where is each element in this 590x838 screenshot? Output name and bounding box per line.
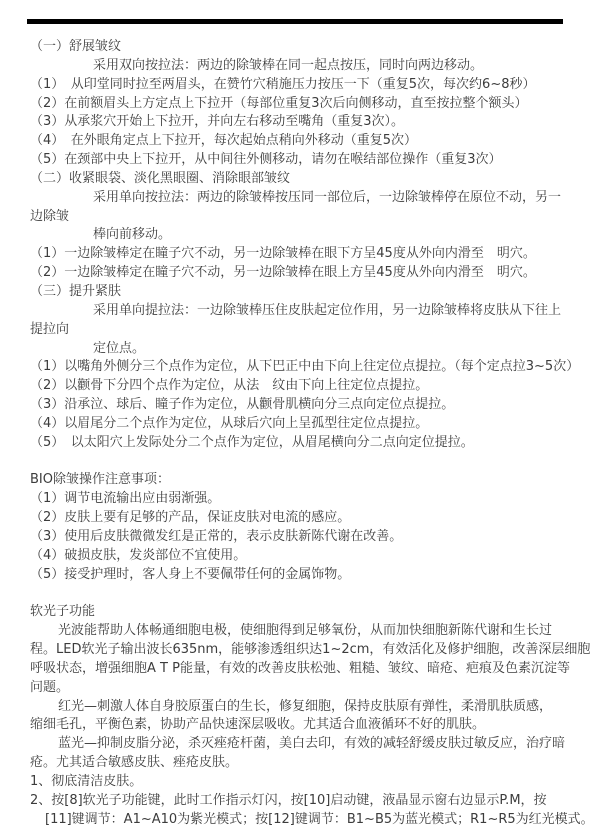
text-line: （5）接受护理时，客人身上不要佩带任何的金属饰物。 — [30, 566, 580, 585]
text-line: （2）一边除皱棒定在瞳子穴不动，另一边除皱棒在眼上方呈45度从外向内滑至 明穴。 — [30, 264, 580, 283]
top-divider-rule — [27, 19, 563, 24]
text-line: 缩细毛孔，平衡色素，协助产品快速深层吸收。尤其适合血液循环不好的肌肤。 — [30, 716, 580, 735]
text-line: （一）舒展皱纹 — [30, 38, 580, 57]
text-line: （5）在颈部中央上下拉开，从中间往外侧移动，请勿在喉结部位操作（重复3次） — [30, 151, 580, 170]
text-line: 疮。尤其适合敏感皮肤、痤疮皮肤。 — [30, 754, 580, 773]
text-line: （5） 以太阳穴上发际处分二个点作为定位，从眉尾横向分二点向定位提拉。 — [30, 434, 580, 453]
text-line: 蓝光—抑制皮脂分泌，杀灭痤疮杆菌，美白去印，有效的减轻舒缓皮肤过敏反应，治疗暗 — [30, 735, 580, 754]
text-line: 光波能帮助人体畅通细胞电极，使细胞得到足够氧份，从而加快细胞新陈代谢和生长过 — [30, 622, 580, 641]
text-line: 程。LED软光子输出波长635nm，能够渗透组织达1~2cm，有效活化及修护细胞… — [30, 641, 580, 660]
text-line — [30, 453, 580, 472]
text-line: （2）以颧骨下分四个点作为定位，从法 纹由下向上往定位点提拉。 — [30, 377, 580, 396]
text-line: （4）破损皮肤，发炎部位不宜使用。 — [30, 547, 580, 566]
text-line: 1、彻底清洁皮肤。 — [30, 773, 580, 792]
text-line: （三）提升紧肤 — [30, 283, 580, 302]
text-line: （4）以眉尾分二个点作为定位，从球后穴向上呈孤型往定位点提拉。 — [30, 415, 580, 434]
text-line: （1）调节电流输出应由弱渐强。 — [30, 490, 580, 509]
text-line: 软光子功能 — [30, 603, 580, 622]
document-text-block: （一）舒展皱纹采用双向按拉法：两边的除皱棒在同一起点按压，同时向两边移动。（1）… — [30, 38, 580, 829]
text-line: [11]键调节：A1~A10为紫光模式；按[12]键调节：B1~B5为蓝光模式；… — [30, 811, 580, 830]
text-line: （二）收紧眼袋、淡化黑眼圈、消除眼部皱纹 — [30, 170, 580, 189]
text-line: （1）一边除皱棒定在瞳子穴不动，另一边除皱棒在眼下方呈45度从外向内滑至 明穴。 — [30, 245, 580, 264]
text-line: 问题。 — [30, 679, 580, 698]
text-line: 棒向前移动。 — [30, 226, 580, 245]
text-line: （1） 从印堂同时拉至两眉头，在赞竹穴稍施压力按压一下（重复5次，每次约6~8秒… — [30, 76, 580, 95]
text-line — [30, 584, 580, 603]
text-line: 提拉向 — [30, 321, 580, 340]
text-line: （3）使用后皮肤微微发红是正常的，表示皮肤新陈代谢在改善。 — [30, 528, 580, 547]
text-line: BIO除皱操作注意事项： — [30, 471, 580, 490]
text-line: 呼吸状态，增强细胞A T P能量，有效的改善皮肤松弛、粗糙、皱纹、暗疮、疤痕及色… — [30, 660, 580, 679]
text-line: （1）以嘴角外侧分三个点作为定位，从下巴正中由下向上往定位点提拉。（每个定点拉3… — [30, 358, 580, 377]
text-line: 边除皱 — [30, 208, 580, 227]
text-line: 定位点。 — [30, 340, 580, 359]
text-line: 采用单向提拉法：一边除皱棒压住皮肤起定位作用，另一边除皱棒将皮肤从下往上 — [30, 302, 580, 321]
document-page: （一）舒展皱纹采用双向按拉法：两边的除皱棒在同一起点按压，同时向两边移动。（1）… — [0, 0, 590, 838]
text-line: （2）在前额眉头上方定点上下拉开（每部位重复3次后向侧移动，直至按拉整个额头） — [30, 95, 580, 114]
text-line: 2、按[8]软光子功能键，此时工作指示灯闪，按[10]启动键，液晶显示窗右边显示… — [30, 792, 580, 811]
text-line: （3）从承浆穴开始上下拉开，并向左右移动至嘴角（重复3次）。 — [30, 113, 580, 132]
text-line: 采用单向按拉法：两边的除皱棒按压同一部位后，一边除皱棒停在原位不动，另一 — [30, 189, 580, 208]
text-line: 红光—刺激人体自身胶原蛋白的生长，修复细胞，保持皮肤原有弹性，柔滑肌肤质感， — [30, 698, 580, 717]
text-line: 采用双向按拉法：两边的除皱棒在同一起点按压，同时向两边移动。 — [30, 57, 580, 76]
text-line: （3）沿承泣、球后、瞳子作为定位，从颧骨肌横向分三点向定位点提拉。 — [30, 396, 580, 415]
text-line: （2）皮肤上要有足够的产品，保证皮肤对电流的感应。 — [30, 509, 580, 528]
text-line: （4） 在外眼角定点上下拉开，每次起始点稍向外移动（重复5次） — [30, 132, 580, 151]
